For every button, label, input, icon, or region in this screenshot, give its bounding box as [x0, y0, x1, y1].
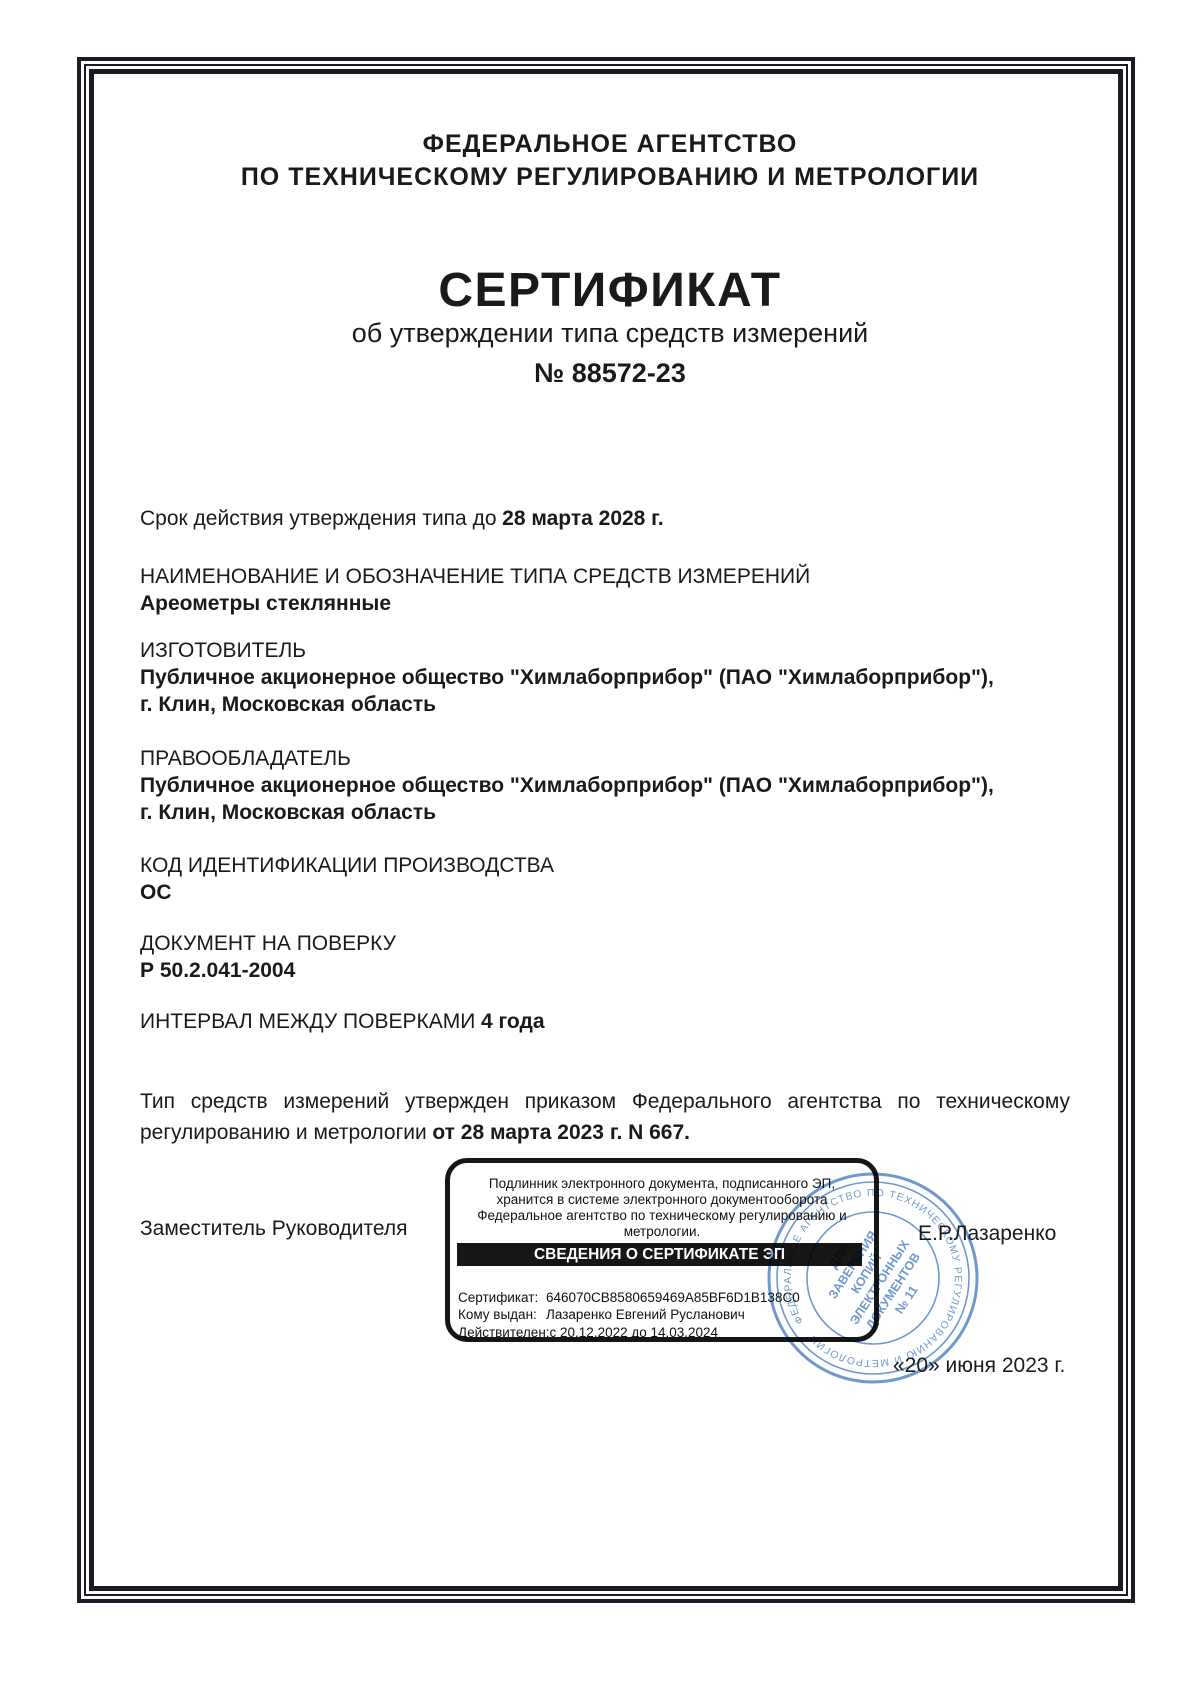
esign-field-value: Лазаренко Евгений Русланович — [546, 1307, 745, 1322]
section-label: ДОКУМЕНТ НА ПОВЕРКУ — [140, 930, 1070, 957]
section-value-line: г. Клин, Московская область — [140, 691, 1070, 718]
order-paragraph-line2-bold: от 28 марта 2023 г. N 667. — [432, 1121, 690, 1144]
section-value-line: ОС — [140, 879, 1070, 906]
section-value-line: Ареометры стеклянные — [140, 590, 1070, 617]
signature-date: «20» июня 2023 г. — [893, 1354, 1065, 1378]
certificate-page: ФЕДЕРАЛЬНОЕ АГЕНТСТВО ПО ТЕХНИЧЕСКОМУ РЕ… — [0, 0, 1200, 1697]
order-paragraph-line1: Тип средств измерений утвержден приказом… — [140, 1088, 1070, 1115]
esign-field-label: Сертификат: — [458, 1289, 546, 1306]
section-label: ПРАВООБЛАДАТЕЛЬ — [140, 745, 1070, 772]
signatory-name: Е.Р.Лазаренко — [918, 1222, 1056, 1246]
stamp-middle-ring — [777, 1182, 969, 1374]
stamp-ring-text-holder: ФЕДЕРАЛЬНОЕ АГЕНТСТВО ПО ТЕХНИЧЕСКОМУ РЕ… — [783, 1188, 963, 1368]
interval-label: ИНТЕРВАЛ МЕЖДУ ПОВЕРКАМИ — [140, 1010, 475, 1033]
validity-date: 28 марта 2028 г. — [502, 507, 664, 530]
validity-line: Срок действия утверждения типа до28 март… — [140, 505, 1070, 532]
section-value-line: Публичное акционерное общество "Химлабор… — [140, 664, 1070, 691]
esign-field-value: с 20.12.2022 до 14.03.2024 — [550, 1325, 719, 1340]
section-value-line: Публичное акционерное общество "Химлабор… — [140, 772, 1070, 799]
order-paragraph-line2-normal: регулированию и метрологии — [140, 1121, 427, 1144]
signatory-position: Заместитель Руководителя — [140, 1217, 407, 1241]
agency-name-line1: ФЕДЕРАЛЬНОЕ АГЕНТСТВО — [140, 130, 1080, 159]
stamp-outer-ring — [769, 1174, 977, 1382]
section-value-line: Р 50.2.041-2004 — [140, 957, 1070, 984]
interval-value: 4 года — [481, 1010, 545, 1033]
section-label: КОД ИДЕНТИФИКАЦИИ ПРОИЗВОДСТВА — [140, 852, 1070, 879]
esign-field-label: Кому выдан: — [458, 1306, 546, 1323]
agency-name-line2: ПО ТЕХНИЧЕСКОМУ РЕГУЛИРОВАНИЮ И МЕТРОЛОГ… — [140, 163, 1080, 192]
certificate-number: № 88572-23 — [140, 358, 1080, 389]
document-subtitle: об утверждении типа средств измерений — [140, 318, 1080, 349]
esign-field-label: Действителен: — [458, 1324, 550, 1341]
interval-line: ИНТЕРВАЛ МЕЖДУ ПОВЕРКАМИ4 года — [140, 1008, 1070, 1035]
validity-label: Срок действия утверждения типа до — [140, 507, 497, 530]
section-value-line: г. Клин, Московская область — [140, 799, 1070, 826]
section-label: ИЗГОТОВИТЕЛЬ — [140, 637, 1070, 664]
stamp-ring-text: ФЕДЕРАЛЬНОЕ АГЕНТСТВО ПО ТЕХНИЧЕСКОМУ РЕ… — [783, 1188, 963, 1368]
document-title: СЕРТИФИКАТ — [140, 263, 1080, 318]
section-label: НАИМЕНОВАНИЕ И ОБОЗНАЧЕНИЕ ТИПА СРЕДСТВ … — [140, 563, 1070, 590]
order-paragraph-line2: регулированию и метрологииот 28 марта 20… — [140, 1119, 1070, 1146]
